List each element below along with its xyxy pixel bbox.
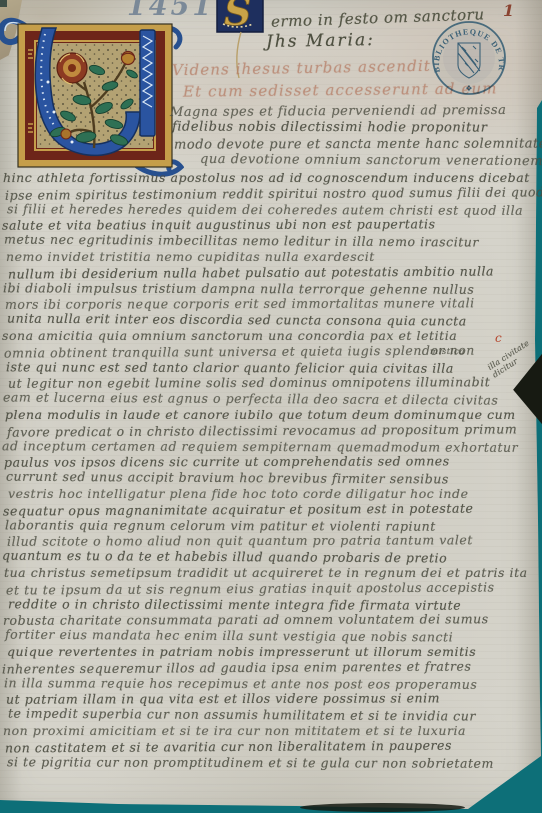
text-line: inherentes sequeremur illos ad gaudia ip…: [2, 658, 471, 676]
text-line: qua devotione omnium sanctorum veneratio…: [200, 152, 542, 169]
text-line: quique revertentes in patriam nobis impr…: [7, 644, 476, 659]
library-stamp: BIBLIOTHEQUE DE TROYES ❖: [424, 13, 514, 103]
inventory-number: 1451: [127, 0, 214, 22]
manuscript-photo: { "page": { "description": "Illuminated …: [0, 0, 542, 813]
text-line: nullum ibi desiderium nulla habet pulsat…: [8, 263, 494, 281]
bottom-edge-smudge: [300, 803, 465, 812]
text-line: ibi diaboli impulsus tristium dampna nul…: [3, 280, 474, 296]
text-line: reddite o in christo dilectissimi mente …: [8, 596, 461, 612]
text-line: non castitatem et si te avaritia cur non…: [5, 737, 452, 755]
text-line: fidelibus nobis dilectissimi hodie propo…: [172, 120, 488, 136]
text-line: favore predicat o in christo dilectissim…: [7, 421, 517, 439]
text-line: et tu te ipsum da ut sis regnum eius gra…: [6, 579, 495, 597]
text-line: laborantis quia regnum celorum vim patit…: [5, 517, 436, 533]
ihs-maria-monogram: Jhs Maria:: [266, 30, 375, 52]
text-line: sona amicitia quia omnium sanctorum una …: [2, 328, 457, 343]
text-line: modo devote pure et sancta mente hanc so…: [174, 136, 542, 152]
margin-red-letter: c: [495, 331, 502, 345]
text-line: in illa summa requie hos recepimus et an…: [4, 675, 477, 691]
text-line: si te pigritia cur non promptitudinem et…: [7, 754, 494, 771]
text-line: si filii et heredes heredes quidem dei c…: [7, 201, 523, 218]
text-line: non proximi amicitiam et si te ira cur n…: [3, 723, 466, 738]
interlinear-note: mistica: [430, 347, 465, 357]
stamp-rosette: ❖: [465, 84, 472, 93]
text-line: illud scitote o homo aliud non quit quan…: [7, 533, 473, 549]
text-line: ut legitur non egebit lumine solis sed d…: [8, 375, 490, 392]
text-line: te impedit superbia cur non assumis humi…: [8, 706, 476, 724]
top-left-dark-spot: [0, 0, 7, 7]
text-line: plena modulis in laude et canore iubilo …: [5, 407, 516, 422]
text-line: quantum es tu o da te et habebis illud q…: [2, 548, 447, 566]
text-line: mors ibi corporis neque corporis erit se…: [5, 296, 475, 312]
text-line: fortiter eius mandata hec enim illa sunt…: [5, 627, 453, 645]
text-line: hinc athleta fortissimus apostolus nos a…: [3, 170, 530, 185]
rosebud-lower: [61, 129, 71, 139]
text-line: robusta charitate consummata parati ad o…: [3, 612, 489, 629]
text-line: vestris hoc intelligatur plena fide hoc …: [8, 486, 469, 501]
rosebud-top: [122, 52, 135, 65]
text-line: paulus vos ipsos dicens sic currite ut c…: [4, 454, 450, 470]
text-line: currunt sed unus accipit bravium hoc bre…: [6, 469, 449, 487]
text-line: omnia obtinent tranquilla sunt universa …: [4, 342, 475, 360]
text-line: ad inceptum certamen ad requiem sempiter…: [2, 438, 518, 455]
text-line: sequatur opus magnanimitate acquiratur e…: [3, 500, 474, 518]
illuminated-initial-V: [0, 12, 184, 184]
text-line: Magna spes et fiducia perveniendi ad pre…: [170, 103, 506, 120]
text-line: salute et vita beatius inquit augustinus…: [2, 217, 436, 233]
rose-flower: [57, 53, 87, 84]
text-line: iste qui nunc est sed tanto clarior quan…: [6, 359, 454, 375]
text-line: unita nulla erit inter eos discordia sed…: [7, 311, 467, 329]
text-line: ipse enim spiritus testimonium reddit sp…: [5, 184, 542, 202]
ornament-letter: S: [224, 0, 251, 34]
text-line: nemo invidet tristitia nemo cupiditas nu…: [6, 249, 375, 264]
text-line: tua christus semetipsum tradidit ut acqu…: [4, 565, 528, 580]
text-line: ut patriam illam in qua vita est et illo…: [6, 691, 440, 707]
